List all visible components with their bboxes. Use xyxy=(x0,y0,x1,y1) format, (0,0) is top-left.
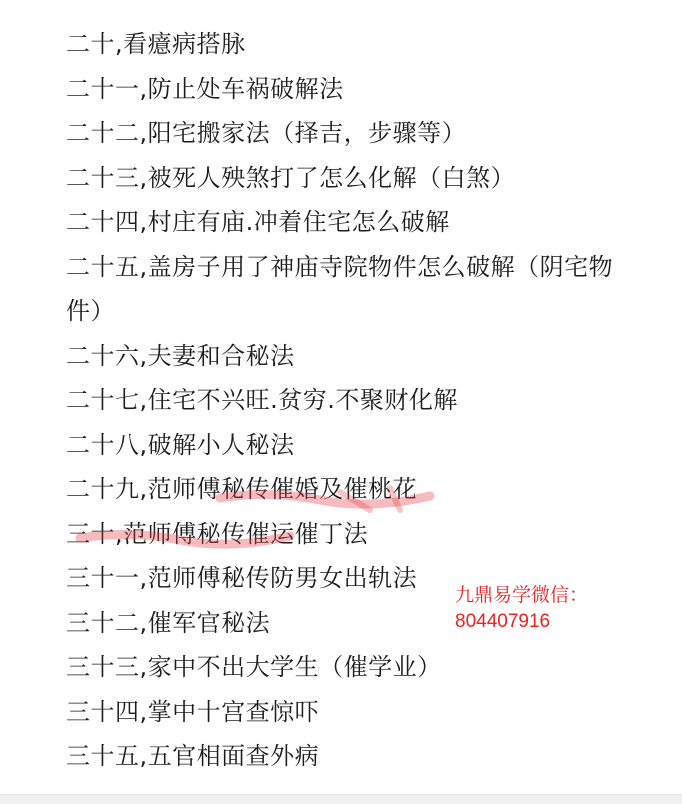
list-item: 三十三,家中不出大学生（催学业） xyxy=(66,645,656,690)
list-item-continuation: 件） xyxy=(66,289,656,334)
list-item: 三十四,掌中十宫查惊吓 xyxy=(66,690,656,735)
contact-watermark: 九鼎易学微信： 804407916 xyxy=(455,583,588,635)
list-item: 二十六,夫妻和合秘法 xyxy=(66,334,656,379)
list-item: 三十,范师傅秘传催运催丁法 xyxy=(66,512,656,557)
document-page: 二十,看癔病搭脉 二十一,防止处车祸破解法 二十二,阳宅搬家法（择吉，步骤等） … xyxy=(0,0,682,794)
list-item: 二十五,盖房子用了神庙寺院物件怎么破解（阴宅物 xyxy=(66,245,656,290)
list-item: 二十八,破解小人秘法 xyxy=(66,423,656,468)
list-item: 二十三,被死人殃煞打了怎么化解（白煞） xyxy=(66,156,656,201)
list-item: 三十五,五官相面查外病 xyxy=(66,734,656,779)
bottom-bar xyxy=(0,794,682,804)
list-item: 二十一,防止处车祸破解法 xyxy=(66,67,656,112)
list-item: 二十四,村庄有庙.冲着住宅怎么破解 xyxy=(66,200,656,245)
watermark-number: 804407916 xyxy=(455,609,588,635)
item-list: 二十,看癔病搭脉 二十一,防止处车祸破解法 二十二,阳宅搬家法（择吉，步骤等） … xyxy=(66,22,656,779)
list-item: 二十二,阳宅搬家法（择吉，步骤等） xyxy=(66,111,656,156)
list-item: 二十九,范师傅秘传催婚及催桃花 xyxy=(66,467,656,512)
list-item: 二十,看癔病搭脉 xyxy=(66,22,656,67)
list-item: 二十七,住宅不兴旺.贫穷.不聚财化解 xyxy=(66,378,656,423)
watermark-label: 九鼎易学微信： xyxy=(455,583,588,609)
